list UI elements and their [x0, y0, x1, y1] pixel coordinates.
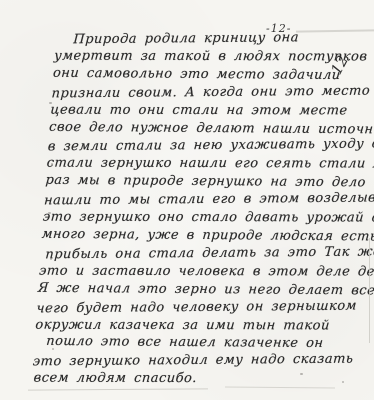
- handwritten-line: это зернушко находил ему надо сказать: [32, 351, 349, 372]
- handwritten-line: это и заставило человека в этом деле дел…: [38, 262, 355, 281]
- handwritten-line: признали своим. А когда они это место: [51, 82, 368, 103]
- scan-speck: [50, 258, 52, 260]
- scan-edge-line: [369, 238, 370, 343]
- handwritten-line: Природа родила криницу она: [55, 29, 372, 50]
- scan-edge-line: [28, 388, 208, 390]
- scan-speck: [49, 102, 52, 104]
- handwritten-line: чего будет надо человеку он зернышком: [36, 297, 353, 318]
- handwritten-text-block: Природа родила криницу она умертвит за т…: [31, 30, 372, 388]
- handwritten-line: в земли стали за нею ухаживать уходу даю…: [47, 136, 364, 157]
- scan-speck: [48, 212, 51, 214]
- handwritten-line: они самовольно это место задачили: [52, 65, 369, 85]
- handwritten-line: окружил казачека за ими тын такой: [35, 316, 352, 335]
- handwritten-line: умертвит за такой в людях поступков: [54, 47, 371, 66]
- scan-speck: [49, 305, 52, 307]
- handwritten-line: цевали то они стали на этом месте: [50, 101, 367, 120]
- handwritten-line: нашли то мы стали его в этом возделывать: [43, 190, 360, 211]
- handwritten-line: это зернушко оно стало давать урожай сво…: [42, 209, 359, 228]
- scanned-manuscript-page: -12- 12 Природа родила криницу она умерт…: [0, 0, 374, 400]
- scan-edge-line: [225, 387, 335, 389]
- handwritten-line: стали зернушко нашли его сеять стали А: [46, 155, 363, 174]
- handwritten-line: прибыль она стала делать за это Так же: [40, 243, 357, 264]
- scan-speck: [342, 381, 344, 383]
- scan-speck: [300, 373, 303, 375]
- handwritten-line: Я же начал это зерно из него делает все …: [37, 279, 354, 299]
- scan-speck: [52, 348, 54, 350]
- scan-speck: [51, 163, 53, 166]
